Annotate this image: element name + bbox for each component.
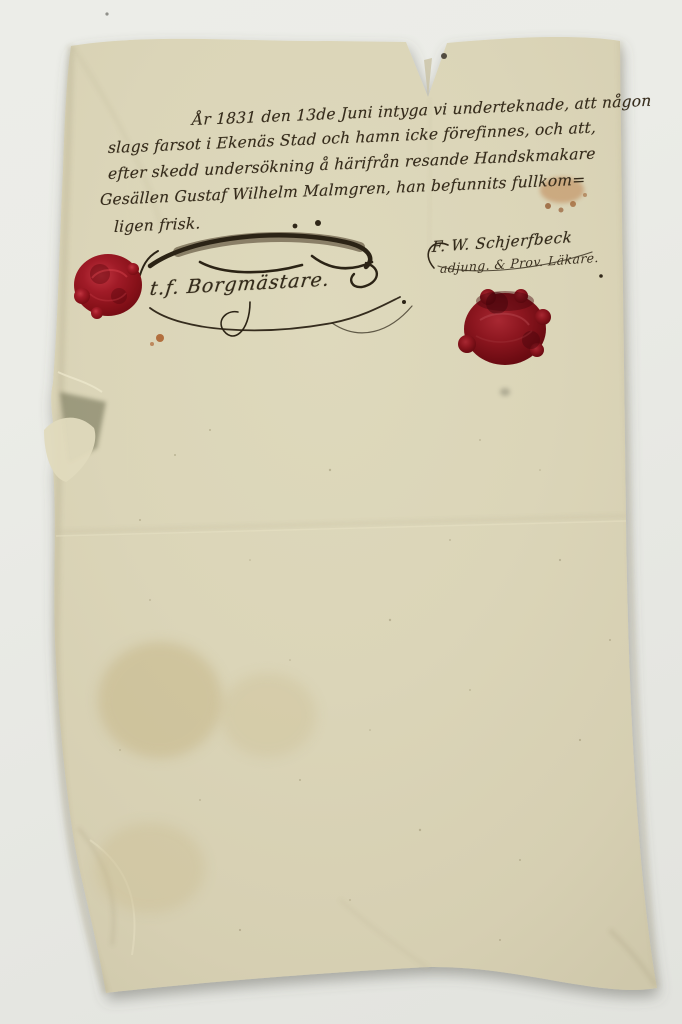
backdrop-speck	[105, 12, 108, 15]
photo-backdrop: År 1831 den 13de Juni intyga vi undertek…	[0, 0, 682, 1024]
rust-dot	[156, 334, 164, 342]
body-line-5: ligen frisk.	[114, 214, 201, 236]
